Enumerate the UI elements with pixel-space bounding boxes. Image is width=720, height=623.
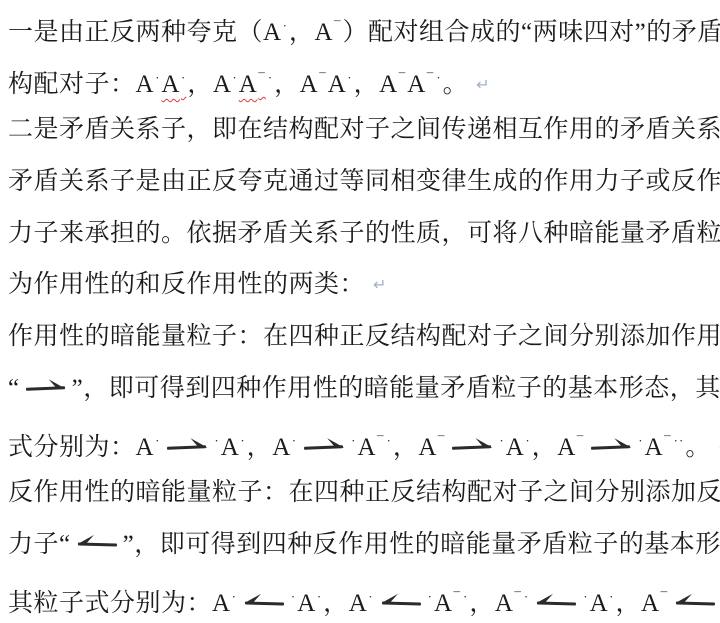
- superscript-mark: ·: [283, 18, 288, 33]
- text-line: 构配对子：A·A·，A·A¯·，A¯A·，A¯A¯·。↵: [8, 52, 714, 104]
- text-run: 矛盾关系子是由正反夸克通过等同相变律生成的作用力子或反作用: [8, 168, 720, 195]
- superscript-mark: ·: [347, 70, 352, 85]
- superscript-mark: ¯: [334, 18, 342, 33]
- superscript-mark: ·: [291, 589, 296, 604]
- text-run: A: [641, 590, 660, 617]
- text-line: 反作用性的暗能量粒子：在四种正反结构配对子之间分别添加反作用: [8, 467, 714, 519]
- text-line: 其粒子式分别为：A··A·，A··A¯·，A¯··A·，A¯·A¯··。↵: [8, 571, 714, 623]
- text-run: 力子来承担的。依据矛盾关系子的性质，可将八种暗能量矛盾粒子分: [8, 220, 720, 247]
- superscript-mark: ·: [181, 70, 186, 85]
- text-run: A: [357, 434, 376, 461]
- superscript-mark: ·: [317, 589, 322, 604]
- text-run: 构配对子：: [8, 71, 136, 98]
- left-harpoon-arrow-icon: [76, 532, 118, 554]
- superscript-mark: ·: [232, 589, 237, 604]
- text-run: ，: [354, 71, 380, 98]
- text-run: 力子“: [8, 531, 71, 558]
- superscript-mark: ¯: [258, 70, 266, 85]
- text-run: ，: [323, 590, 349, 617]
- document-body: 一是由正反两种夸克（A·，A¯）配对组合成的“两味四对”的矛盾结构配对子：A·A…: [8, 0, 714, 623]
- superscript-mark: ¯: [661, 589, 669, 604]
- text-run: A: [407, 71, 426, 98]
- text-run: A: [213, 71, 232, 98]
- text-run: ，: [616, 590, 642, 617]
- text-run: A: [349, 590, 368, 617]
- superscript-mark: ·: [214, 433, 219, 448]
- text-line: 作用性的暗能量粒子：在四种正反结构配对子之间分别添加作用力子: [8, 311, 714, 363]
- text-run: 。: [685, 434, 711, 461]
- right-harpoon-arrow-icon: [166, 435, 208, 457]
- superscript-mark: ·: [368, 589, 373, 604]
- text-run: ）配对组合成的“两味四对”的矛盾结: [343, 19, 720, 46]
- superscript-mark: ¯: [399, 70, 407, 85]
- text-run: A: [272, 434, 291, 461]
- text-run: A: [136, 434, 155, 461]
- text-run: 为作用性的和反作用性的两类：: [8, 271, 365, 298]
- superscript-mark: ¯: [577, 433, 585, 448]
- text-run: ，: [274, 71, 300, 98]
- paragraph-return-mark: ↵: [476, 75, 490, 94]
- text-run: 一是由正反两种夸克（: [8, 19, 263, 46]
- text-line: “”，即可得到四种作用性的暗能量矛盾粒子的基本形态，其粒子: [8, 363, 714, 415]
- text-run: 反作用性的暗能量粒子：在四种正反结构配对子之间分别添加反作用: [8, 479, 720, 506]
- text-run: A: [557, 434, 576, 461]
- text-run: ”，即可得到四种反作用性的暗能量矛盾粒子的基本形态，: [123, 531, 720, 558]
- text-run: A: [434, 590, 453, 617]
- superscript-mark: ·: [155, 433, 160, 448]
- text-run: A: [300, 71, 319, 98]
- text-run: ，: [289, 19, 315, 46]
- text-run: ，: [393, 434, 419, 461]
- left-harpoon-arrow-icon: [674, 591, 716, 613]
- superscript-mark: ·: [524, 589, 529, 604]
- superscript-mark: ·: [583, 589, 588, 604]
- text-run: ”，即可得到四种作用性的暗能量矛盾粒子的基本形态，其粒子: [72, 375, 720, 402]
- text-run: ，: [187, 71, 213, 98]
- left-harpoon-arrow-icon: [380, 591, 422, 613]
- paragraph-return-mark: ↵: [373, 275, 387, 294]
- text-run: A: [506, 434, 525, 461]
- text-line: 为作用性的和反作用性的两类：↵: [8, 259, 714, 311]
- superscript-mark: ·: [292, 433, 297, 448]
- text-line: 矛盾关系子是由正反夸克通过等同相变律生成的作用力子或反作用: [8, 156, 714, 208]
- right-harpoon-arrow-icon: [303, 435, 345, 457]
- superscript-mark: ·: [351, 433, 356, 448]
- text-line: 力子来承担的。依据矛盾关系子的性质，可将八种暗能量矛盾粒子分: [8, 208, 714, 260]
- text-run: A: [495, 590, 514, 617]
- right-harpoon-arrow-icon: [451, 435, 493, 457]
- text-run: A: [263, 19, 282, 46]
- superscript-mark: ¯: [438, 433, 446, 448]
- text-run: A: [590, 590, 609, 617]
- superscript-mark: ··: [674, 433, 685, 448]
- text-run: 。: [443, 71, 469, 98]
- text-run: A: [328, 71, 347, 98]
- superscript-mark: ·: [436, 70, 441, 85]
- text-line: 一是由正反两种夸克（A·，A¯）配对组合成的“两味四对”的矛盾结: [8, 0, 714, 52]
- text-line: 式分别为：A··A·，A··A¯·，A¯·A·，A¯·A¯··。↵: [8, 415, 714, 467]
- text-run: ，: [469, 590, 495, 617]
- superscript-mark: ·: [638, 433, 643, 448]
- left-harpoon-arrow-icon: [535, 591, 577, 613]
- text-line: 力子“”，即可得到四种反作用性的暗能量矛盾粒子的基本形态，: [8, 519, 714, 571]
- text-run: 作用性的暗能量粒子：在四种正反结构配对子之间分别添加作用力子: [8, 323, 720, 350]
- superscript-mark: ¯: [454, 589, 462, 604]
- left-harpoon-arrow-icon: [243, 591, 285, 613]
- text-run: “: [8, 375, 20, 402]
- document-page: 一是由正反两种夸克（A·，A¯）配对组合成的“两味四对”的矛盾结构配对子：A·A…: [0, 0, 720, 623]
- spellcheck-underlined-text: A: [239, 71, 258, 98]
- superscript-mark: ·: [525, 433, 530, 448]
- text-run: A: [221, 434, 240, 461]
- superscript-mark: ·: [499, 433, 504, 448]
- superscript-mark: ¯: [514, 589, 522, 604]
- superscript-mark: ·: [232, 70, 237, 85]
- text-run: A: [297, 590, 316, 617]
- text-run: 二是矛盾关系子，即在结构配对子之间传递相互作用的矛盾关系子。: [8, 116, 720, 143]
- superscript-mark: ·: [428, 589, 433, 604]
- text-run: 其粒子式分别为：: [8, 590, 212, 617]
- text-run: ，: [532, 434, 558, 461]
- superscript-mark: ·: [155, 70, 160, 85]
- text-run: A: [379, 71, 398, 98]
- superscript-mark: ¯: [427, 70, 435, 85]
- superscript-mark: ·: [268, 70, 273, 85]
- text-run: A: [212, 590, 231, 617]
- superscript-mark: ¯: [377, 433, 385, 448]
- text-line: 二是矛盾关系子，即在结构配对子之间传递相互作用的矛盾关系子。: [8, 104, 714, 156]
- superscript-mark: ¯: [664, 433, 672, 448]
- text-run: ，: [247, 434, 273, 461]
- right-harpoon-arrow-icon: [590, 435, 632, 457]
- text-run: A: [136, 71, 155, 98]
- text-run: A: [418, 434, 437, 461]
- superscript-mark: ·: [387, 433, 392, 448]
- superscript-mark: ¯: [319, 70, 327, 85]
- superscript-mark: ·: [609, 589, 614, 604]
- spellcheck-underlined-text: A: [161, 71, 180, 98]
- superscript-mark: ·: [240, 433, 245, 448]
- right-harpoon-arrow-icon: [25, 376, 67, 398]
- superscript-mark: ·: [463, 589, 468, 604]
- text-run: 式分别为：: [8, 434, 136, 461]
- text-run: A: [314, 19, 333, 46]
- text-run: A: [645, 434, 664, 461]
